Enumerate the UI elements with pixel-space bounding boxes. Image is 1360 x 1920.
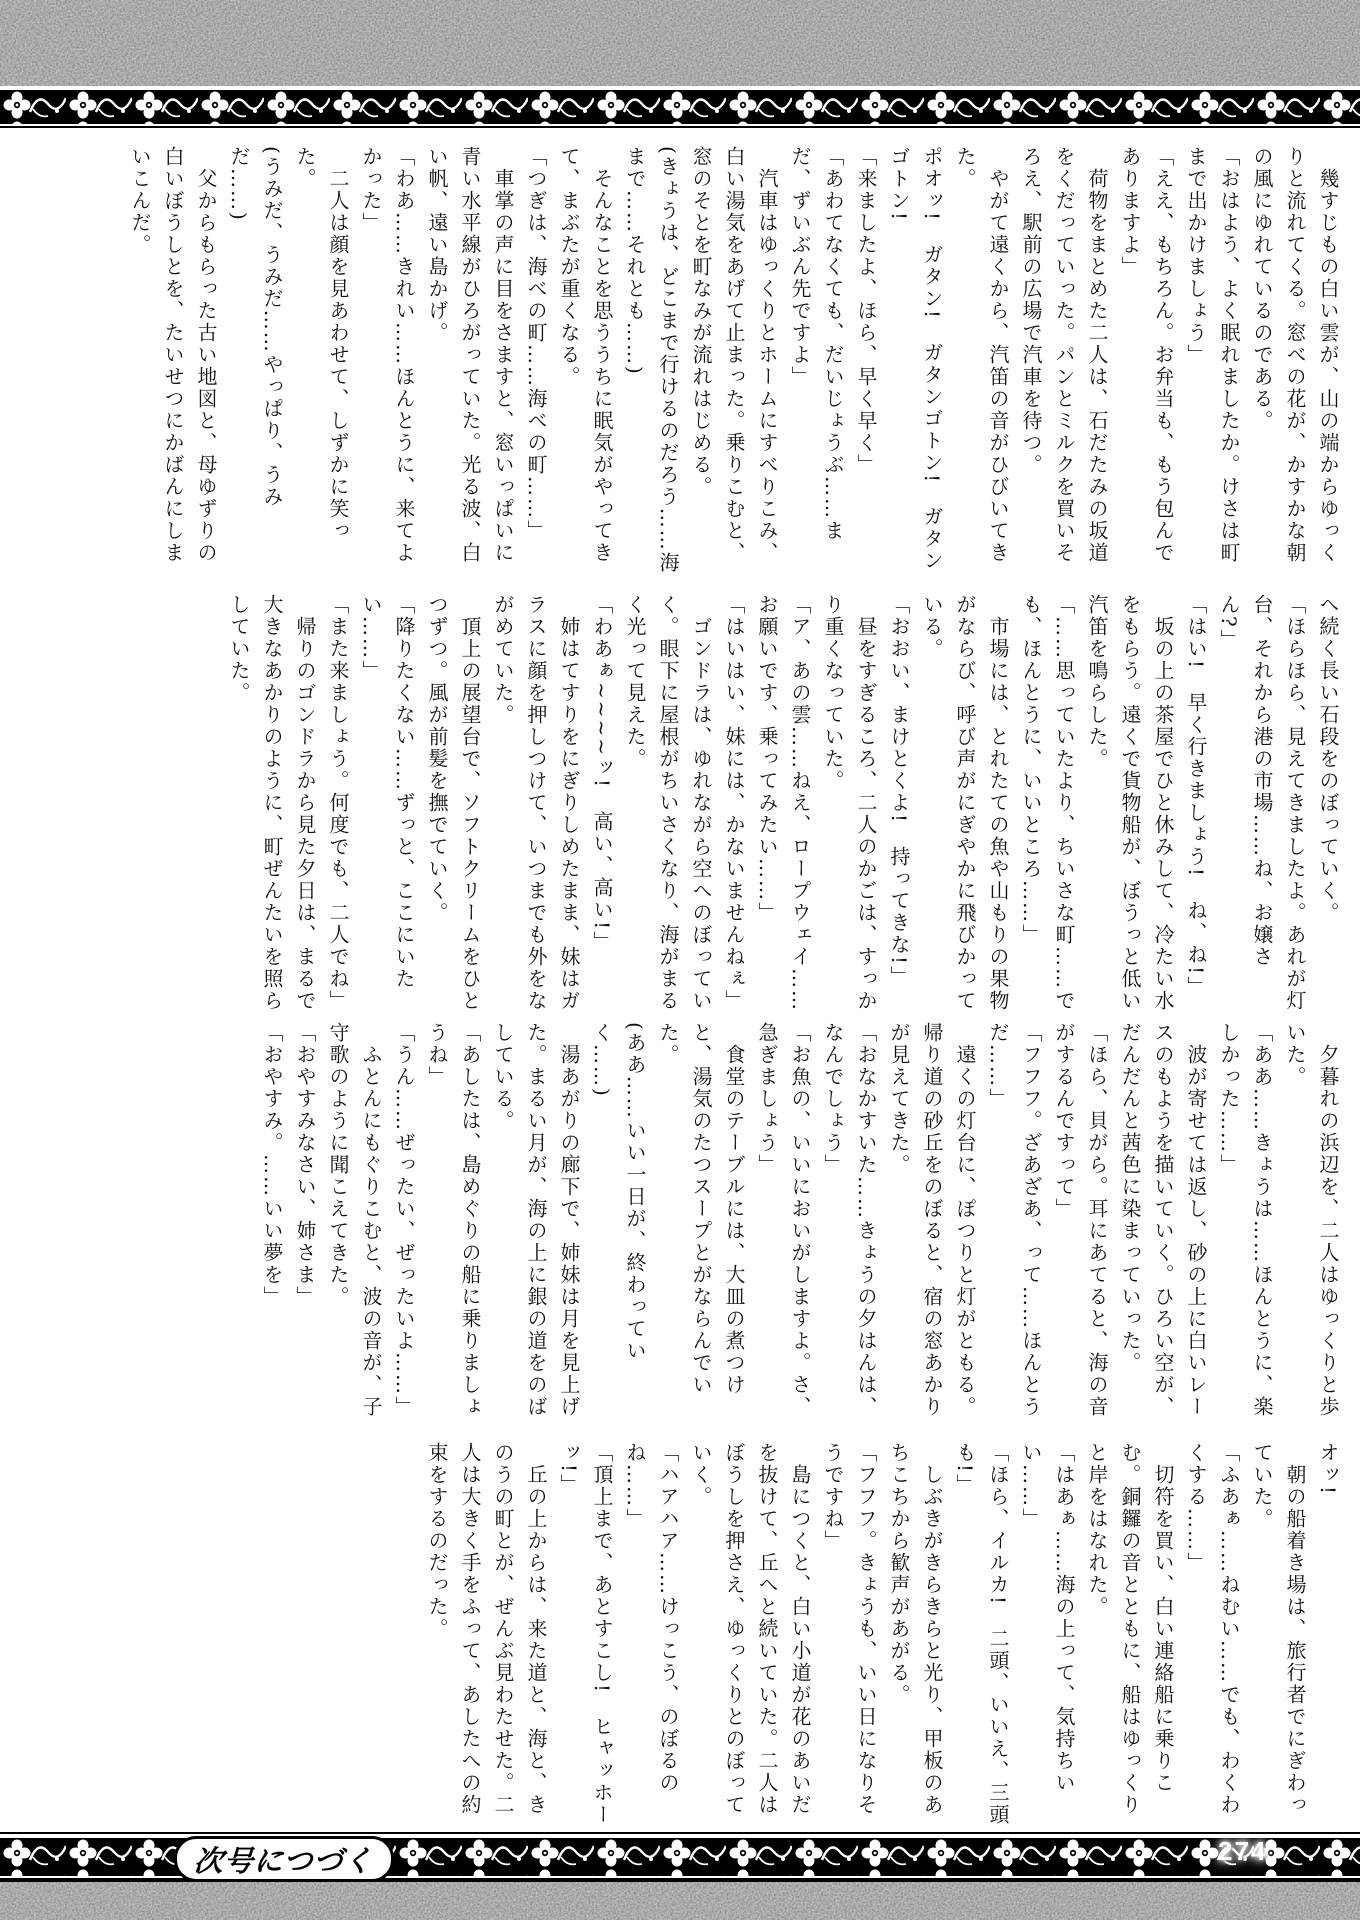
paragraph: 「頂上まで、あとすこし! ヒャッホーッ!」 (552, 1442, 618, 1832)
page-number: 274 (1218, 1836, 1267, 1867)
paragraph: 「お魚の、いいにおいがしますよ。さ、急ぎましょう」 (750, 1022, 816, 1418)
paragraph: 「ほらほら、見えてきましたよ。あれが灯台、それから港の市場……ね、お嬢さん?」 (1212, 594, 1311, 1014)
paragraph: 父からもらった古い地図と、母ゆずりの白いぼうしとを、たいせつにかばんにしまいこん… (123, 146, 222, 574)
top-rule (0, 126, 1360, 128)
paragraph: 夕暮れの浜辺を、二人はゆっくりと歩いた。 (1278, 1022, 1344, 1418)
next-issue-banner: 次号につづく (174, 1836, 394, 1882)
paragraph: 「おはよう、よく眠れましたか。けさは町まで出かけましょう」 (1179, 146, 1245, 574)
paragraph: そんなことを思ううちに眠気がやってきて、まぶたが重くなる。 (552, 146, 618, 574)
paragraph: 「ア、あの雲……ねえ、ロープウェイ……お願いです、乗ってみたい……」 (750, 594, 816, 1014)
ornament-border-top (0, 88, 1360, 126)
paragraph: 頂上の展望台で、ソフトクリームをひとつずつ。風が前髪を撫でていく。 (420, 594, 486, 1014)
paragraph: 朝の船着き場は、旅行者でにぎわっていた。 (1245, 1442, 1311, 1832)
brick-texture-top (0, 0, 1360, 86)
paragraph: 「フフフ。きょうも、いい日になりそうですね」 (816, 1442, 882, 1832)
paragraph: 汽車はゆっくりとホームにすべりこみ、白い湯気をあげて止まった。乗りこむと、窓のそ… (684, 146, 783, 574)
paragraph: (ああ……いい一日が、終わっていく……) (585, 1022, 651, 1418)
paragraph: 食堂のテーブルには、大皿の煮つけと、湯気のたつスープとがならんでいた。 (651, 1022, 750, 1418)
paragraph: 波が寄せては返し、砂の上に白いレースのもようを描いていく。ひろい空が、だんだんと… (1113, 1022, 1212, 1418)
paragraph: オッ! (1311, 1442, 1344, 1832)
paragraph: 幾すじもの白い雲が、山の端からゆっくりと流れてくる。窓べの花が、かすかな朝の風に… (1245, 146, 1344, 574)
brick-texture-bottom (0, 1878, 1360, 1920)
paragraph: 「降りたくない……ずっと、ここにいたい……」 (354, 594, 420, 1014)
paragraph: 「ほら、貝がら。耳にあてると、海の音がするんですって」 (1047, 1022, 1113, 1418)
paragraph: 「あしたは、島めぐりの船に乗りましょうね」 (420, 1022, 486, 1418)
paragraph: 切符を買い、白い連絡船に乗りこむ。銅鑼の音とともに、船はゆっくりと岸をはなれた。 (1080, 1442, 1179, 1832)
paragraph: 丘の上からは、来た道と、海と、きのうの町とが、ぜんぶ見わたせた。二人は大きく手を… (420, 1442, 552, 1832)
text-tier-1: 幾すじもの白い雲が、山の端からゆっくりと流れてくる。窓べの花が、かすかな朝の風に… (130, 146, 1344, 574)
paragraph: ゴンドラは、ゆれながら空へのぼっていく。眼下に屋根がちいさくなり、海がまるく光っ… (618, 594, 717, 1014)
paragraph: 「はい! 早く行きましょう! ね、ね!」 (1179, 594, 1212, 1014)
paragraph: 「ハアハア……けっこう、のぼるのね……」 (618, 1442, 684, 1832)
paragraph: しぶきがきらきらと光り、甲板のあちこちから歓声があがる。 (882, 1442, 948, 1832)
paragraph: 「おおい、まけとくよ! 持ってきな!」 (882, 594, 915, 1014)
text-tier-4: オッ! 朝の船着き場は、旅行者でにぎわっていた。「ふあぁ……ねむい……でも、わく… (130, 1442, 1344, 1832)
paragraph: 「わあ……きれい……ほんとうに、来てよかった」 (354, 146, 420, 574)
paragraph: 湯あがりの廊下で、姉妹は月を見上げた。まるい月が、海の上に銀の道をのばしている。 (486, 1022, 585, 1418)
paragraph: 帰りのゴンドラから見た夕日は、まるで大きなあかりのように、町ぜんたいを照らしてい… (222, 594, 321, 1014)
bottom-rule (0, 1832, 1360, 1834)
paragraph: 市場には、とれたての魚や山もりの果物がならび、呼び声がにぎやかに飛びかっている。 (915, 594, 1014, 1014)
paragraph: 「ああ……きょうは……ほんとうに、楽しかった……」 (1212, 1022, 1278, 1418)
paragraph: 「おやすみ。……いい夢を」 (255, 1022, 288, 1418)
paragraph: 「……思っていたより、ちいさな町……でも、ほんとうに、いいところ……」 (1014, 594, 1080, 1014)
paragraph: (うみだ、うみだ……やっぱり、うみだ……) (222, 146, 288, 574)
paragraph: ふとんにもぐりこむと、波の音が、子守歌のように聞こえてきた。 (321, 1022, 387, 1418)
paragraph: 遠くの灯台に、ぽつりと灯がともる。帰り道の砂丘をのぼると、宿の窓あかりが見えてき… (882, 1022, 981, 1418)
paragraph: 車掌の声に目をさますと、窓いっぱいに青い水平線がひろがっていた。光る波、白い帆、… (420, 146, 519, 574)
text-tier-2: へ続く長い石段をのぼっていく。「ほらほら、見えてきましたよ。あれが灯台、それから… (130, 594, 1344, 1014)
paragraph: 二人は顔を見あわせて、しずかに笑った。 (288, 146, 354, 574)
paragraph: 「わあぁ~~~~ッ! 高い、高い!」 (585, 594, 618, 1014)
paragraph: 「はいはい、妹には、かないませんねぇ」 (717, 594, 750, 1014)
paragraph: 「あわてなくても、だいじょうぶ……まだ、ずいぶん先ですよ」 (783, 146, 849, 574)
paragraph: (きょうは、どこまで行けるのだろう……海まで……それとも……) (618, 146, 684, 574)
paragraph: 「はあぁ……海の上って、気持ちいい……」 (1014, 1442, 1080, 1832)
paragraph: 「ふあぁ……ねむい……でも、わくわくする……」 (1179, 1442, 1245, 1832)
paragraph: 「また来ましょう。何度でも、二人でね」 (321, 594, 354, 1014)
paragraph: 「ほら、イルカ! 二頭、いいえ、三頭も!」 (948, 1442, 1014, 1832)
paragraph: 荷物をまとめた二人は、石だたみの坂道をくだっていった。パンとミルクを買いそろえ、… (1014, 146, 1113, 574)
paragraph: へ続く長い石段をのぼっていく。 (1311, 594, 1344, 1014)
paragraph: 島につくと、白い小道が花のあいだを抜けて、丘へと続いていた。二人はぼうしを押さえ… (684, 1442, 816, 1832)
paragraph: 「つぎは、海べの町……海べの町……」 (519, 146, 552, 574)
paragraph: 「おやすみなさい、姉さま」 (288, 1022, 321, 1418)
paragraph: ポオッ! ガタン! ガタンゴトン! ガタンゴトン! (882, 146, 948, 574)
paragraph: 「来ましたよ、ほら、早く早く」 (849, 146, 882, 574)
paragraph: やがて遠くから、汽笛の音がひびいてきた。 (948, 146, 1014, 574)
text-tier-3: 夕暮れの浜辺を、二人はゆっくりと歩いた。「ああ……きょうは……ほんとうに、楽しか… (130, 1022, 1344, 1418)
paragraph: 昼をすぎるころ、二人のかごは、すっかり重くなっていた。 (816, 594, 882, 1014)
paragraph: 姉はてすりをにぎりしめたまま、妹はガラスに顔を押しつけて、いつまでも外をながめて… (486, 594, 585, 1014)
paragraph: 「うん……ぜったい、ぜったいよ……」 (387, 1022, 420, 1418)
paragraph: 「フフフ。ざあざあ、って……ほんとうだ……」 (981, 1022, 1047, 1418)
next-issue-banner-label: 次号につづく (193, 1839, 375, 1880)
paragraph: 「ええ、もちろん。お弁当も、もう包んでありますよ」 (1113, 146, 1179, 574)
paragraph: 坂の上の茶屋でひと休みして、冷たい水をもらう。遠くで貨物船が、ぼうっと低い汽笛を… (1080, 594, 1179, 1014)
paragraph: 「おなかすいた……きょうの夕はんは、なんでしょう」 (816, 1022, 882, 1418)
